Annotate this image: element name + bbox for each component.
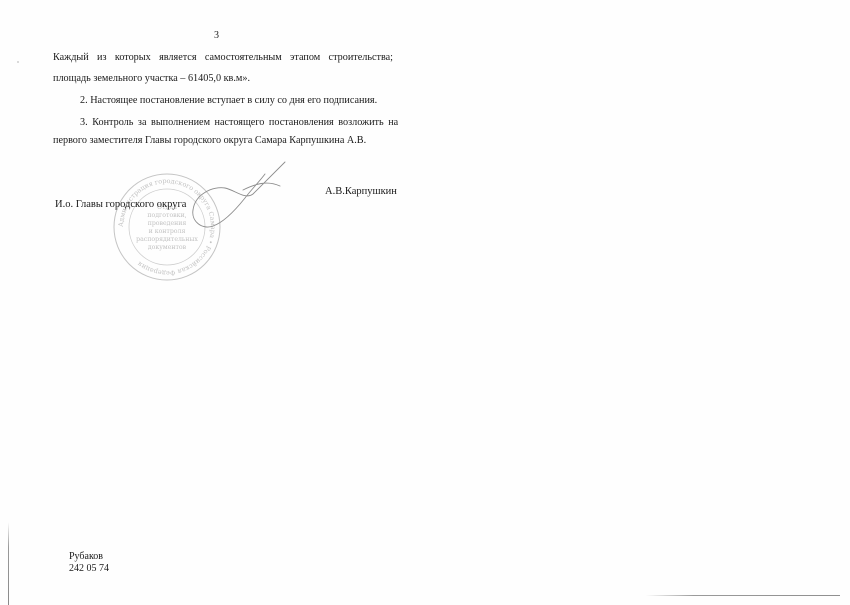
stamp-center-line: проведения — [148, 220, 187, 227]
stamp-center-line: распорядительных — [136, 236, 198, 243]
signatory-name: А.В.Карпушкин — [325, 186, 397, 197]
handwritten-signature-icon — [185, 160, 295, 240]
scan-edge-line-left — [8, 522, 9, 605]
official-stamp-icon: Администрация городского округа Самара •… — [112, 172, 222, 282]
executor-name: Рубаков — [69, 551, 109, 563]
signatory-title: И.о. Главы городского округа — [55, 199, 186, 210]
scan-speck — [17, 61, 19, 63]
paragraph-3-line-1: 3. Контроль за выполнением настоящего по… — [53, 116, 393, 130]
paragraph-1-line-2: площадь земельного участка – 61405,0 кв.… — [53, 72, 393, 86]
stamp-center-line: документов — [148, 244, 187, 251]
executor-block: Рубаков 242 05 74 — [69, 551, 109, 575]
paragraph-2: 2. Настоящее постановление вступает в си… — [53, 94, 420, 108]
page-number: 3 — [214, 30, 219, 41]
scan-edge-line-bottom — [645, 595, 840, 596]
paragraph-1-line-1-text: Каждый из которых является самостоятельн… — [53, 51, 393, 65]
paragraph-3-line-2: первого заместителя Главы городского окр… — [53, 134, 393, 148]
paragraph-3-line-1-text: 3. Контроль за выполнением настоящего по… — [53, 116, 393, 130]
document-page: 3 Каждый из которых является самостоятел… — [0, 0, 850, 605]
paragraph-1-line-1: Каждый из которых является самостоятельн… — [53, 51, 393, 65]
stamp-center-line: и контроля — [149, 228, 186, 235]
executor-phone: 242 05 74 — [69, 563, 109, 575]
stamp-center-line: подготовки, — [147, 212, 186, 219]
stamp-ring-text: Администрация городского округа Самара •… — [117, 177, 217, 277]
